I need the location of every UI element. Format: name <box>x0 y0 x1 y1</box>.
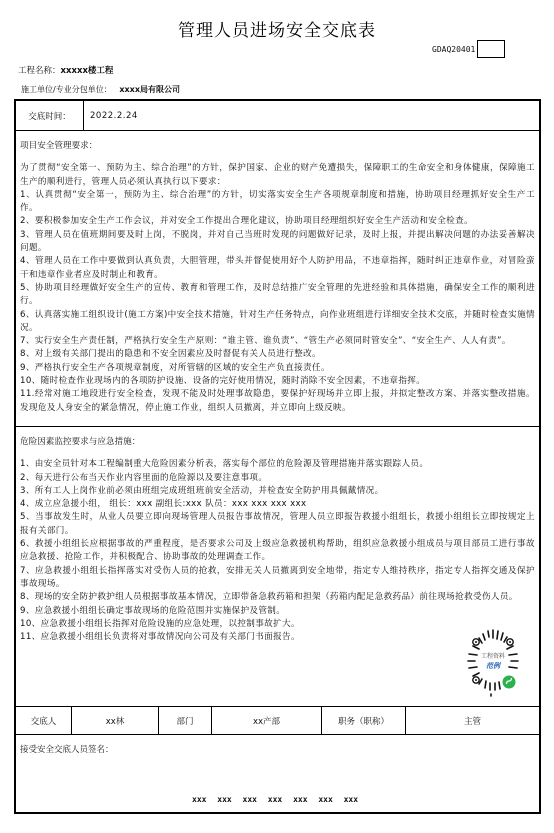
form-title: 管理人员进场安全交底表 <box>0 16 554 41</box>
form-code-text: GDAQ20401 <box>432 45 475 54</box>
construction-unit: 施工单位/专业分包单位： xxxx局有限公司 <box>21 84 180 95</box>
requirement-item: 5、协助项目经理做好安全生产的宣传、教育和管理工作，及时总结推广安全管理的先进经… <box>20 282 535 309</box>
project-name: 工程名称：xxxxx楼工程 <box>18 64 113 76</box>
requirement-item: 10、随时检查作业现场内的各项防护设施、设备的完好使用情况，随时消除不安全因素，… <box>20 375 535 388</box>
briefing-table: 交底时间： 2022.2.24 项目安全管理要求： 为了贯彻“安全第一、预防为主… <box>14 99 541 814</box>
form-code: GDAQ20401 <box>432 40 505 58</box>
emergency-item: 1、由安全员针对本工程编制重大危险因素分析表，落实每个部位的危险源及管理措施并落… <box>20 458 535 471</box>
project-name-label: 工程名称： <box>18 66 61 76</box>
emergency-item: 10、应急救援小组组长指挥对危险设施的应急处理，以控制事故扩大。 <box>20 618 535 631</box>
briefing-time-label: 交底时间： <box>16 101 84 130</box>
form-code-box[interactable] <box>477 40 505 58</box>
hazard-emergency-section: 危险因素监控要求与应急措施： 1、由安全员针对本工程编制重大危险因素分析表，落实… <box>16 427 539 707</box>
receivers-signature-names: xxx xxx xxx xxx xxx xxx xxx <box>192 795 358 804</box>
requirement-item: 9、严格执行安全生产各项规章制度，对所管辖的区域的安全生产负直接责任。 <box>20 362 535 375</box>
briefing-time-row: 交底时间： 2022.2.24 <box>16 101 539 131</box>
emergency-item: 5、当事故发生时，从业人员要立即向现场管理人员报告事故情况，管理人员立即报告救援… <box>20 511 535 538</box>
briefer-name[interactable]: xx林 <box>72 707 159 734</box>
emergency-item: 11、应急救援小组组长负责将对事故情况向公司及有关部门书面报告。 <box>20 631 535 644</box>
department-value[interactable]: xx产部 <box>212 707 322 734</box>
construction-unit-value: xxxx局有限公司 <box>119 85 180 94</box>
construction-unit-label: 施工单位/专业分包单位： <box>21 85 112 94</box>
requirement-item: 3、管理人员在值班期间要及时上岗，不脱岗，并对自己当班时发现的问题做好记录，及时… <box>20 229 535 256</box>
svg-text:工程资料: 工程资料 <box>481 652 505 660</box>
emergency-item: 3、所有工人上岗作业前必须由班组完成班组班前安全活动，并检查安全防护用具佩戴情况… <box>20 485 535 498</box>
project-name-value: xxxxx楼工程 <box>61 66 114 76</box>
emergency-item: 2、每天进行公布当天作业内容里面的危险源以及要注意事项。 <box>20 472 535 485</box>
mini-program-qr-code: 工程资料 范例 <box>461 628 525 698</box>
hazard-emergency-heading: 危险因素监控要求与应急措施： <box>20 436 535 449</box>
briefer-label: 交底人 <box>16 707 72 734</box>
emergency-item: 4、成立应急援小组， 组长：xxx 副组长:xxx 队员：xxx xxx xxx… <box>20 498 535 511</box>
briefing-time-value[interactable]: 2022.2.24 <box>90 101 138 130</box>
requirement-item: 6、认真落实施工组织设计(施工方案)中安全技术措施，针对生产任务特点，向作业班组… <box>20 309 535 336</box>
emergency-item: 8、现场的安全防护救护组人员根据事故基本情况，立即带备急救药箱和担架（药箱内配足… <box>20 591 535 604</box>
position-value[interactable]: 主管 <box>406 707 539 734</box>
paragraph: 为了贯彻“安全第一、预防为主、综合治理”的方针，保护国家、企业的财产免遭损失，保… <box>20 162 535 189</box>
safety-requirements-heading: 项目安全管理要求： <box>20 140 535 153</box>
receivers-signature-label: 接受安全交底人员签名： <box>20 743 114 755</box>
receivers-signature-area[interactable]: 接受安全交底人员签名： xxx xxx xxx xxx xxx xxx xxx <box>16 735 539 812</box>
requirement-item: 11.经常对施工地段进行安全检查，发现不能及时处理事故隐患，要保护好现场并立即上… <box>20 388 535 415</box>
briefer-info-row: 交底人 xx林 部门 xx产部 职务（职称） 主管 <box>16 707 539 735</box>
requirement-item: 8、对上级有关部门提出的隐患和不安全因素应及时督促有关人员进行整改。 <box>20 348 535 361</box>
qr-code-icon: 工程资料 范例 <box>461 628 525 698</box>
requirement-item: 1、认真贯彻“安全第一，预防为主、综合治理”的方针，切实落实安全生产各项规章制度… <box>20 189 535 216</box>
position-label: 职务（职称） <box>322 707 406 734</box>
emergency-item: 7、应急救援小组组长指挥落实对受伤人员的抢救，安排无关人员撤离到安全地带，指定专… <box>20 565 535 592</box>
requirement-item: 2、要积极参加安全生产工作会议，并对安全工作提出合理化建议，协助项目经理组织好安… <box>20 215 535 228</box>
emergency-item: 9、应急救援小组组长确定事故现场的危险范围并实施保护及管制。 <box>20 605 535 618</box>
svg-text:范例: 范例 <box>486 661 502 670</box>
emergency-item: 6、救援小组组长应根据事故的严重程度，是否要求公司及上级应急救援机构帮助，组织应… <box>20 538 535 565</box>
requirement-item: 7、实行安全生产责任制，严格执行安全生产原则：“谁主管、谁负责”、“管生产必须同… <box>20 335 535 348</box>
department-label: 部门 <box>159 707 212 734</box>
safety-requirements-section: 项目安全管理要求： 为了贯彻“安全第一、预防为主、综合治理”的方针，保护国家、企… <box>16 131 539 427</box>
requirement-item: 4、管理人员在工作中要做到认真负责，大胆管理，带头并督促使用好个人防护用品，不违… <box>20 255 535 282</box>
